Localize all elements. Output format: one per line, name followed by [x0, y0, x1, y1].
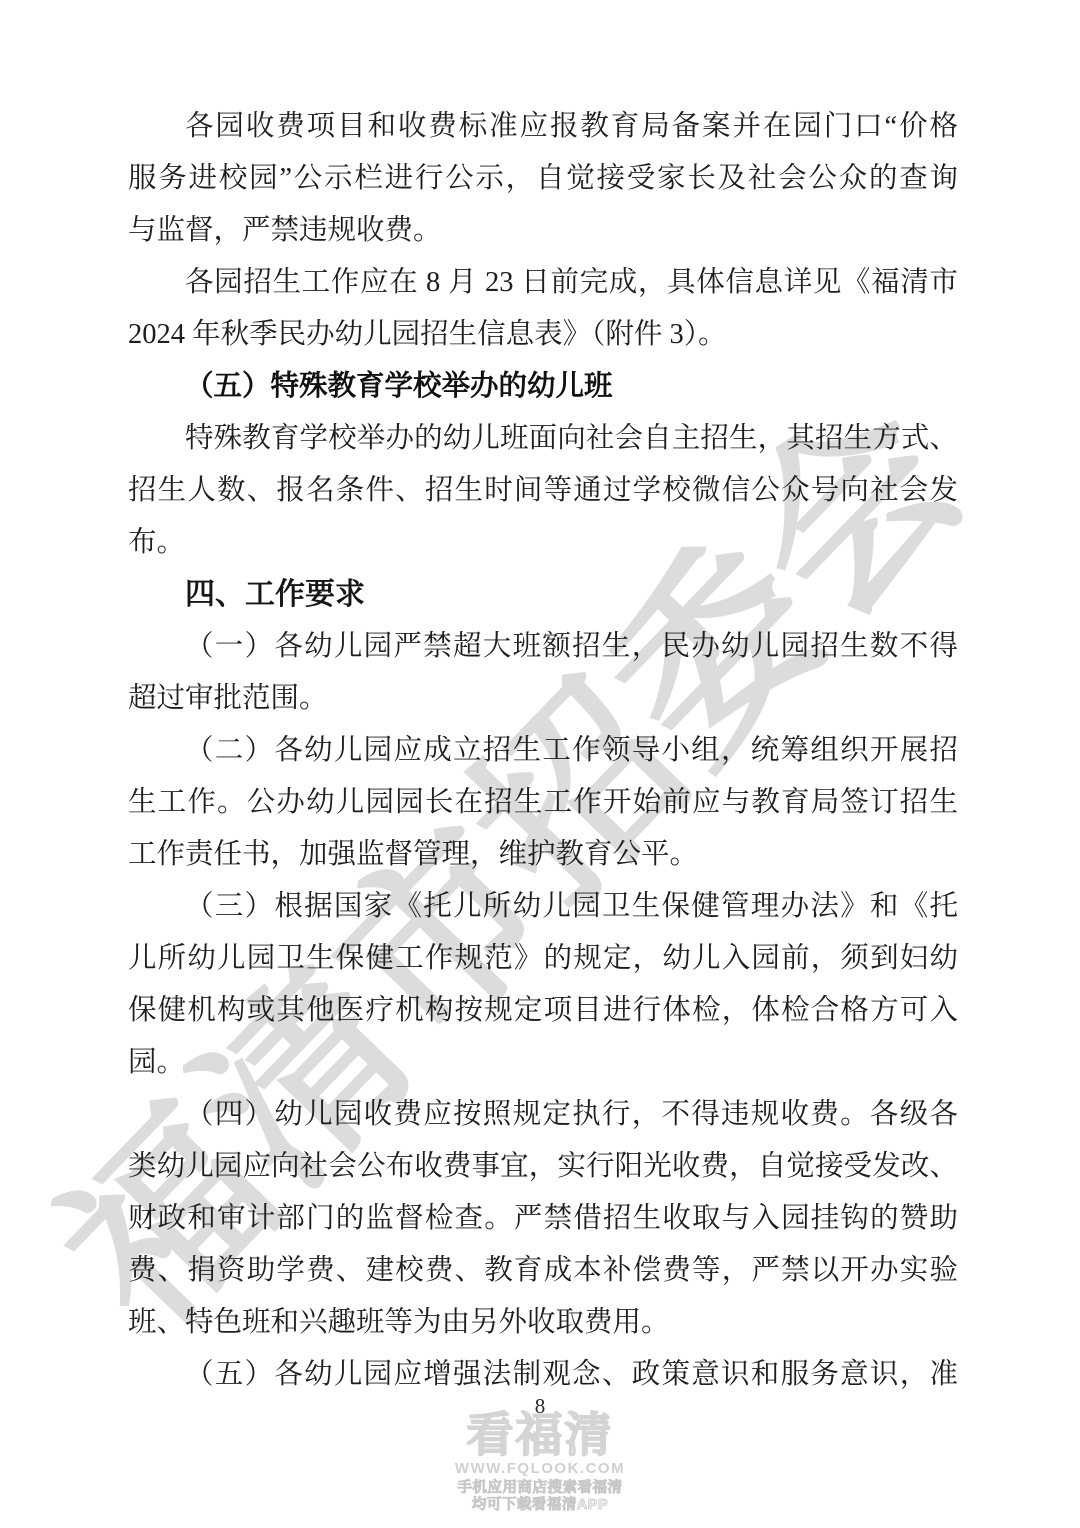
- document-line: 各园收费项目和收费标准应报教育局备案并在园门口“价格: [128, 101, 958, 153]
- logo-tagline-1: 手机应用商店搜索看福清: [0, 1480, 1080, 1497]
- scanned-document-page: 福清市招委会 各园收费项目和收费标准应报教育局备案并在园门口“价格 服务进校园”…: [0, 0, 1080, 1528]
- section-heading-special-education: （五）特殊教育学校举办的幼儿班: [128, 361, 958, 413]
- document-line: （三）根据国家《托儿所幼儿园卫生保健管理办法》和《托: [128, 881, 958, 933]
- document-line: 布。: [128, 517, 958, 569]
- document-line: （四）幼儿园收费应按照规定执行，不得违规收费。各级各: [128, 1089, 958, 1141]
- document-line: 与监督，严禁违规收费。: [128, 205, 958, 257]
- document-line: 工作责任书，加强监督管理，维护教育公平。: [128, 829, 958, 881]
- site-watermark-logo: 看福清 WWW.FQLOOK.COM 手机应用商店搜索看福清 均可下载看福清AP…: [0, 1411, 1080, 1514]
- logo-tagline-2: 均可下载看福清APP: [0, 1497, 1080, 1514]
- document-line: 超过审批范围。: [128, 673, 958, 725]
- document-line: 财政和审计部门的监督检查。严禁借招生收取与入园挂钩的赞助: [128, 1193, 958, 1245]
- document-line: 2024 年秋季民办幼儿园招生信息表》（附件 3）。: [128, 309, 958, 361]
- document-line: 生工作。公办幼儿园园长在招生工作开始前应与教育局签订招生: [128, 777, 958, 829]
- document-line: 招生人数、报名条件、招生时间等通过学校微信公众号向社会发: [128, 465, 958, 517]
- page-number: 8: [0, 1394, 1080, 1419]
- document-line: （二）各幼儿园应成立招生工作领导小组，统筹组织开展招: [128, 725, 958, 777]
- document-line: 费、捐资助学费、建校费、教育成本补偿费等，严禁以开办实验: [128, 1245, 958, 1297]
- document-line: 服务进校园”公示栏进行公示，自觉接受家长及社会公众的查询: [128, 153, 958, 205]
- section-heading-work-requirements: 四、工作要求: [128, 569, 958, 621]
- document-line: 班、特色班和兴趣班等为由另外收取费用。: [128, 1297, 958, 1349]
- document-line: 园。: [128, 1037, 958, 1089]
- document-line: 保健机构或其他医疗机构按规定项目进行体检，体检合格方可入: [128, 985, 958, 1037]
- logo-website-url: WWW.FQLOOK.COM: [0, 1460, 1080, 1477]
- document-line: 类幼儿园应向社会公布收费事宜，实行阳光收费，自觉接受发改、: [128, 1141, 958, 1193]
- document-body: 各园收费项目和收费标准应报教育局备案并在园门口“价格 服务进校园”公示栏进行公示…: [128, 101, 958, 1401]
- document-line: 特殊教育学校举办的幼儿班面向社会自主招生，其招生方式、: [128, 413, 958, 465]
- document-line: 各园招生工作应在 8 月 23 日前完成，具体信息详见《福清市: [128, 257, 958, 309]
- document-line: 儿所幼儿园卫生保健工作规范》的规定，幼儿入园前，须到妇幼: [128, 933, 958, 985]
- document-line: （一）各幼儿园严禁超大班额招生，民办幼儿园招生数不得: [128, 621, 958, 673]
